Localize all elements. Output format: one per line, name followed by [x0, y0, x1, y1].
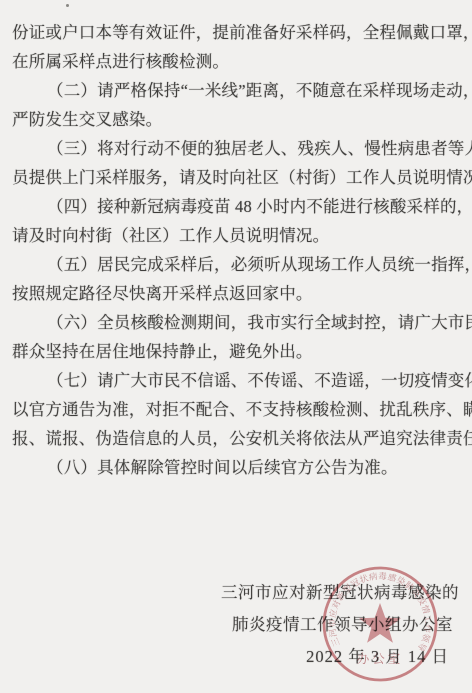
body-line: （七）请广大市民不信谣、不传谣、不造谣，一切疫情变化: [12, 366, 464, 395]
body-line: （六）全员核酸检测期间，我市实行全域封控，请广大市民: [12, 308, 464, 337]
body-line: 以官方通告为准，对拒不配合、不支持核酸检测、扰乱秩序、瞒: [12, 395, 464, 424]
body-line: （三）将对行动不便的独居老人、残疾人、慢性病患者等人: [12, 134, 464, 163]
document-page: 份证或户口本等有效证件，提前准备好采样码，全程佩戴口罩， 在所属采样点进行核酸检…: [0, 0, 472, 693]
body-line: 员提供上门采样服务，请及时向社区（村街）工作人员说明情况。: [12, 163, 464, 192]
signature-org-line-1: 三河市应对新型冠状病毒感染的: [221, 577, 459, 609]
scan-artifact-speck: [66, 4, 69, 7]
body-line: （八）具体解除管控时间以后续官方公告为准。: [12, 453, 464, 482]
body-line: 请及时向村街（社区）工作人员说明情况。: [12, 221, 464, 250]
body-line: 报、谎报、伪造信息的人员，公安机关将依法从严追究法律责任。: [12, 424, 464, 453]
notice-body: 份证或户口本等有效证件，提前准备好采样码，全程佩戴口罩， 在所属采样点进行核酸检…: [12, 18, 464, 482]
body-line: （五）居民完成采样后，必须听从现场工作人员统一指挥，: [12, 250, 464, 279]
signature-date: 2022 年 3 月 14 日: [221, 641, 459, 673]
body-line: （四）接种新冠病毒疫苗 48 小时内不能进行核酸采样的，: [12, 192, 464, 221]
body-line: 严防发生交叉感染。: [12, 105, 464, 134]
body-line: 在所属采样点进行核酸检测。: [12, 47, 464, 76]
body-line: 份证或户口本等有效证件，提前准备好采样码，全程佩戴口罩，: [12, 18, 464, 47]
body-line: 群众坚持在居住地保持静止，避免外出。: [12, 337, 464, 366]
signature-block: 三河市应对新型冠状病毒感染的 肺炎疫情工作领导小组办公室 2022 年 3 月 …: [221, 577, 459, 673]
body-line: 按照规定路径尽快离开采样点返回家中。: [12, 279, 464, 308]
signature-org-line-2: 肺炎疫情工作领导小组办公室: [221, 609, 459, 641]
body-line: （二）请严格保持“一米线”距离，不随意在采样现场走动，: [12, 76, 464, 105]
